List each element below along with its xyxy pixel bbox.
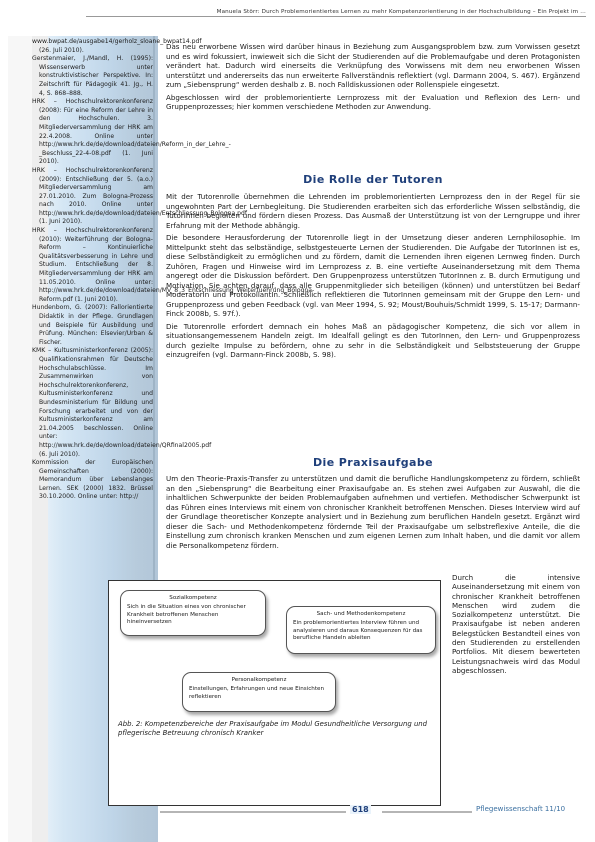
section-tutors-body: Mit der Tutorenrolle übernehmen die Lehr… <box>166 192 580 363</box>
reference-item: www.bwpat.de/ausgabe14/gerholz_sloane_bw… <box>32 38 153 55</box>
paragraph: Das neu erworbene Wissen wird darüber hi… <box>166 42 580 90</box>
paragraph: Um den Theorie-Praxis-Transfer zu unters… <box>166 474 580 550</box>
competence-box-method: Sach- und Methodenkompetenz Ein problemo… <box>286 606 436 654</box>
competence-box-social: Sozialkompetenz Sich in die Situation ei… <box>120 590 266 636</box>
footer-rule-right <box>382 811 472 813</box>
journal-label: Pflegewissenschaft 11/10 <box>476 805 565 813</box>
reference-item: Gerstenmaier, J./Mandl, H. (1995): Wisse… <box>32 55 153 98</box>
figure-caption: Abb. 2: Kompetenzbereiche der Praxisaufg… <box>118 720 436 738</box>
section-title: Die Rolle der Tutoren <box>166 173 580 186</box>
paragraph: Die Tutorenrolle erfordert demnach ein h… <box>166 322 580 360</box>
reference-list: www.bwpat.de/ausgabe14/gerholz_sloane_bw… <box>32 38 153 502</box>
reference-item: Kommission der Europäischen Gemeinschaft… <box>32 459 153 502</box>
reference-item: KMK – Kultusministerkonferenz (2005): Qu… <box>32 347 153 459</box>
page-number: 618 <box>350 805 371 814</box>
section-heading-tutors: Die Rolle der Tutoren <box>166 173 580 186</box>
section-title: Die Praxisaufgabe <box>166 456 580 469</box>
footer-rule-left <box>160 811 346 813</box>
reference-item: HRK – Hochschulrektorenkonferenz (2009):… <box>32 167 153 227</box>
box-text: Einstellungen, Erfahrungen und neue Eins… <box>189 686 329 701</box>
paragraph: Abgeschlossen wird der problemorientiert… <box>166 93 580 112</box>
main-text-intro: Das neu erworbene Wissen wird darüber hi… <box>166 42 580 115</box>
section-practice-body: Um den Theorie-Praxis-Transfer zu unters… <box>166 474 580 553</box>
box-title: Personalkompetenz <box>189 677 329 684</box>
paragraph: Mit der Tutorenrolle übernehmen die Lehr… <box>166 192 580 230</box>
running-head: Manuela Störr: Durch Problemorientiertes… <box>86 9 586 17</box>
box-text: Ein problemorientiertes Interview führen… <box>293 620 429 642</box>
box-title: Sach- und Methodenkompetenz <box>293 611 429 618</box>
paragraph: Die besondere Herausforderung der Tutore… <box>166 233 580 319</box>
reference-item: Hundenborn, G. (2007): Fallorientierte D… <box>32 304 153 347</box>
reference-item: HRK – Hochschulrektorenkonferenz (2008):… <box>32 98 153 167</box>
competence-box-personal: Personalkompetenz Einstellungen, Erfahru… <box>182 672 336 712</box>
box-text: Sich in die Situation eines von chronisc… <box>127 604 259 626</box>
reference-item: HRK – Hochschulrektorenkonferenz (2010):… <box>32 227 153 304</box>
box-title: Sozialkompetenz <box>127 595 259 602</box>
section-heading-practice: Die Praxisaufgabe <box>166 456 580 469</box>
side-paragraph: Durch die intensive Auseinandersetzung m… <box>452 573 580 675</box>
